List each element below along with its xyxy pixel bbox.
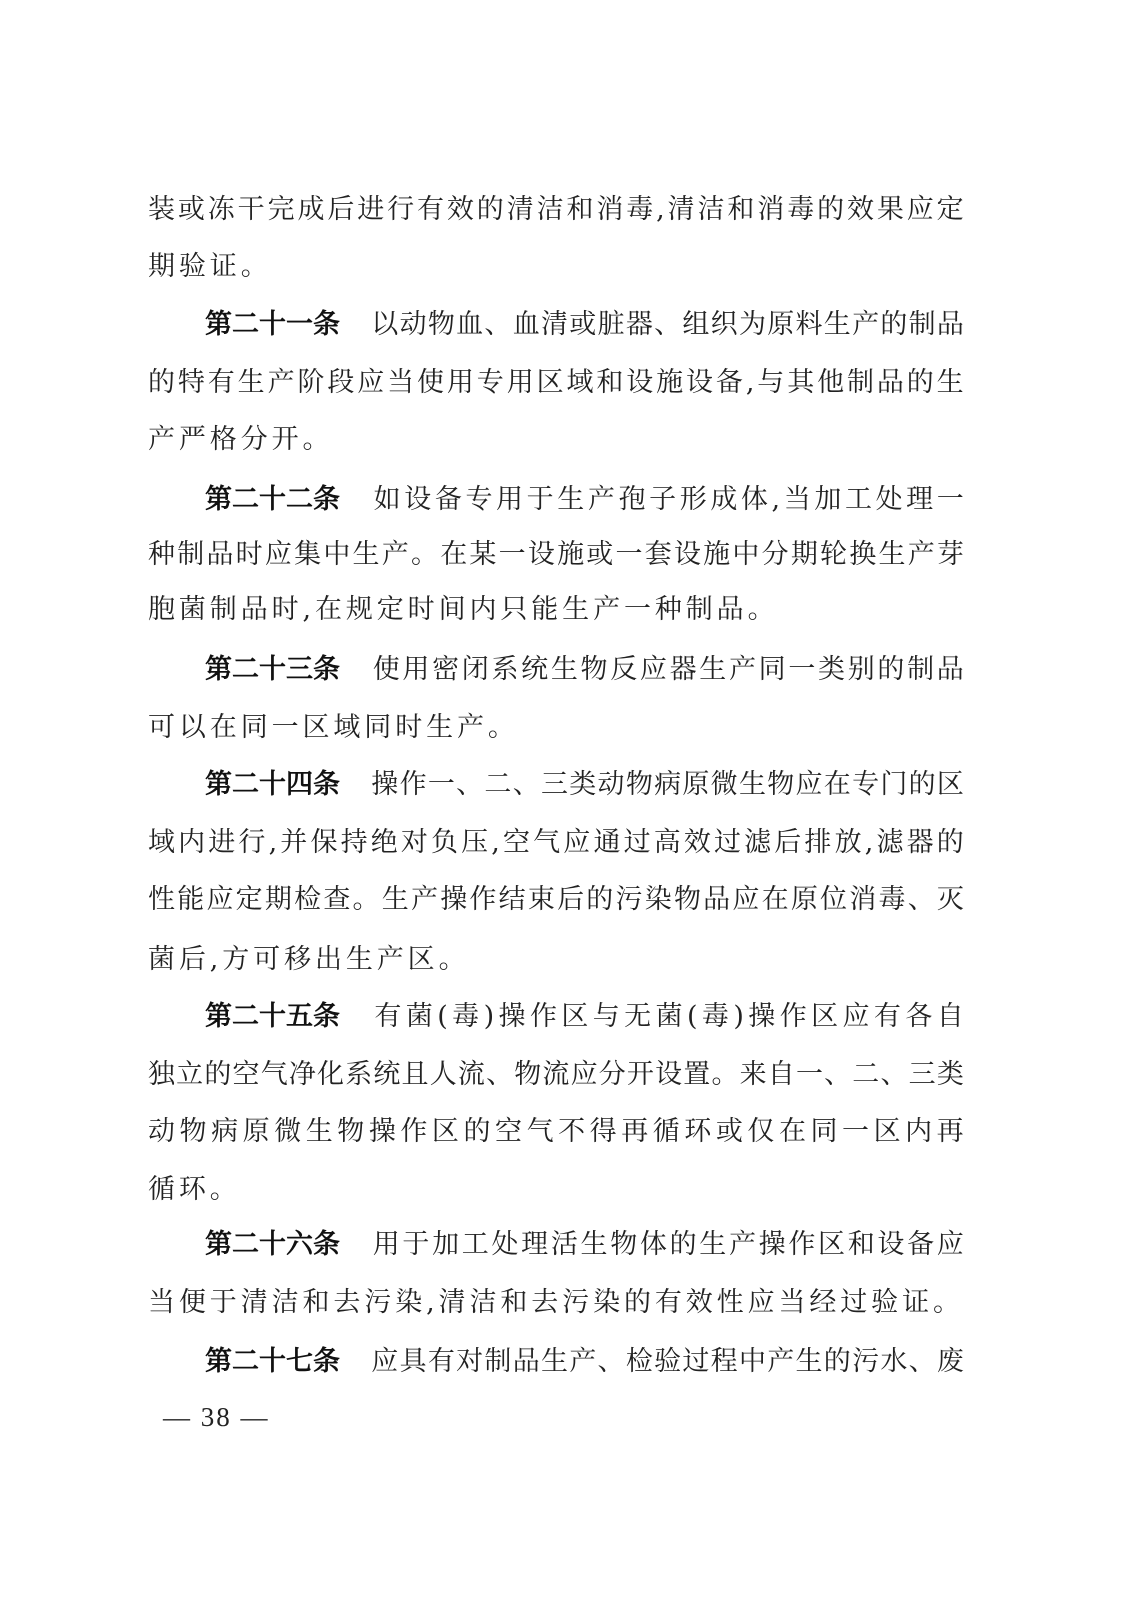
- glyph: 毒: [626, 190, 653, 230]
- glyph: 的: [463, 1112, 490, 1152]
- glyph: 设: [877, 1225, 904, 1265]
- glyph: 内: [178, 823, 205, 863]
- glyph: 域: [566, 363, 593, 403]
- glyph: ,: [491, 823, 500, 863]
- line-text: 产严格分开。: [148, 420, 333, 460]
- glyph: 能: [177, 880, 204, 920]
- glyph: 和: [566, 190, 593, 230]
- glyph: 气: [527, 1112, 554, 1152]
- line-text: 当便于清洁和去污染,清洁和去污染的有效性应当经过验证。: [148, 1283, 964, 1323]
- glyph: 自: [937, 997, 964, 1037]
- glyph: 换: [849, 535, 876, 575]
- glyph: 生: [739, 765, 766, 805]
- glyph: 和: [848, 1225, 875, 1265]
- glyph: 过: [714, 823, 741, 863]
- glyph: ,: [269, 823, 278, 863]
- glyph: 专: [477, 363, 504, 403]
- glyph: 为: [739, 305, 766, 345]
- glyph: 施: [557, 535, 584, 575]
- article-line: 第二十一条以动物血、血清或脏器、组织为原料生产的制品: [205, 305, 964, 345]
- glyph: 脏: [598, 305, 625, 345]
- glyph: 。: [711, 1055, 738, 1095]
- glyph: 于: [402, 1225, 429, 1265]
- glyph: 芽: [937, 535, 964, 575]
- glyph: 设: [674, 535, 701, 575]
- article-line: 第二十四条操作一、二、三类动物病原微生物应在专门的区: [205, 765, 964, 805]
- glyph: 放: [835, 823, 862, 863]
- glyph: 与: [757, 363, 784, 403]
- glyph: 分: [762, 535, 789, 575]
- text-line: 菌后,方可移出生产区。: [148, 940, 964, 980]
- glyph: ,: [656, 190, 665, 230]
- glyph: 工: [845, 480, 872, 520]
- glyph: 作: [780, 997, 807, 1037]
- glyph: 效: [684, 823, 711, 863]
- glyph: 类: [818, 650, 845, 690]
- glyph: 统: [521, 650, 548, 690]
- glyph: 产: [588, 480, 615, 520]
- glyph: 生: [824, 305, 851, 345]
- text-line: 当便于清洁和去污染,清洁和去污染的有效性应当经过验证。: [148, 1283, 964, 1323]
- glyph: 以: [371, 305, 398, 345]
- glyph: 、: [486, 1055, 513, 1095]
- glyph: 或: [716, 1112, 743, 1152]
- glyph: 生: [937, 363, 964, 403]
- glyph: 或: [586, 535, 613, 575]
- glyph: 形: [680, 480, 707, 520]
- glyph: 区: [432, 1112, 459, 1152]
- glyph: 应: [796, 765, 823, 805]
- glyph: 门: [880, 765, 907, 805]
- glyph: 的: [817, 190, 844, 230]
- glyph: 压: [461, 823, 488, 863]
- glyph: 区: [561, 997, 588, 1037]
- document-page: 装或冻干完成后进行有效的清洁和消毒,清洁和消毒的效果应定期验证。第二十一条以动物…: [0, 0, 1131, 1600]
- glyph: 后: [557, 880, 584, 920]
- glyph: 行: [387, 190, 414, 230]
- glyph: 设: [528, 535, 555, 575]
- glyph: 品: [937, 305, 964, 345]
- glyph: 消: [757, 190, 784, 230]
- glyph: 套: [645, 535, 672, 575]
- glyph: 产: [268, 363, 295, 403]
- glyph: 过: [682, 1342, 709, 1382]
- glyph: 制: [847, 363, 874, 403]
- glyph: 体: [640, 1225, 667, 1265]
- glyph: 滤: [876, 823, 903, 863]
- glyph: 原: [682, 765, 709, 805]
- article-number: 第二十七条: [205, 1342, 340, 1382]
- glyph: 程: [711, 1342, 738, 1382]
- glyph: 物: [767, 765, 794, 805]
- glyph: 后: [327, 190, 354, 230]
- glyph: 进: [357, 190, 384, 230]
- glyph: 无: [624, 997, 651, 1037]
- glyph: 备: [435, 480, 462, 520]
- text-line: 产严格分开。: [148, 420, 964, 460]
- glyph: 应: [206, 880, 233, 920]
- glyph: 一: [788, 650, 815, 690]
- text-line: 装或冻干完成后进行有效的清洁和消毒,清洁和消毒的效果应定: [148, 190, 964, 230]
- glyph: 空: [503, 823, 530, 863]
- glyph: 的: [670, 1225, 697, 1265]
- glyph: 分: [599, 1055, 626, 1095]
- glyph: 环: [684, 1112, 711, 1152]
- glyph: 高: [654, 823, 681, 863]
- line-text: 循环。: [148, 1170, 241, 1210]
- glyph: 制: [177, 535, 204, 575]
- glyph: 别: [848, 650, 875, 690]
- glyph: 产: [767, 1342, 794, 1382]
- article-number: 第二十一条: [205, 305, 340, 345]
- glyph: 作: [530, 997, 557, 1037]
- glyph: 。: [411, 535, 438, 575]
- glyph: 、: [598, 1342, 625, 1382]
- glyph: 废: [937, 1342, 964, 1382]
- glyph: 得: [590, 1112, 617, 1152]
- glyph: 污: [616, 880, 643, 920]
- glyph: 子: [649, 480, 676, 520]
- glyph: 、: [456, 765, 483, 805]
- glyph: 成: [297, 190, 324, 230]
- glyph: ): [733, 997, 744, 1037]
- glyph: 空: [233, 1055, 260, 1095]
- glyph: 轮: [820, 535, 847, 575]
- glyph: 闭: [462, 650, 489, 690]
- glyph: 专: [852, 765, 879, 805]
- glyph: 、: [909, 1342, 936, 1382]
- glyph: 原: [243, 1112, 270, 1152]
- glyph: ,: [746, 363, 755, 403]
- glyph: 应: [907, 190, 934, 230]
- glyph: 应: [571, 1055, 598, 1095]
- glyph: 一: [616, 535, 643, 575]
- glyph: 仅: [747, 1112, 774, 1152]
- glyph: 应: [371, 1342, 398, 1382]
- glyph: 有: [417, 190, 444, 230]
- glyph: 在: [779, 1112, 806, 1152]
- glyph: 动: [400, 305, 427, 345]
- glyph: 设: [686, 363, 713, 403]
- glyph: 反: [610, 650, 637, 690]
- glyph: 的: [824, 1342, 851, 1382]
- article-line: 第二十六条用于加工处理活生物体的生产操作区和设备应: [205, 1225, 964, 1265]
- text-line: 域内进行,并保持绝对负压,空气应通过高效过滤后排放,滤器的: [148, 823, 964, 863]
- glyph: 清: [668, 190, 695, 230]
- glyph: 使: [417, 363, 444, 403]
- glyph: 生: [551, 650, 578, 690]
- glyph: 产: [569, 1342, 596, 1382]
- article-line: 第二十二条如设备专用于生产孢子形成体,当加工处理一: [205, 480, 964, 520]
- glyph: 专: [465, 480, 492, 520]
- article-line: 第二十三条使用密闭系统生物反应器生产同一类别的制品: [205, 650, 964, 690]
- glyph: 系: [345, 1055, 372, 1095]
- glyph: 有: [208, 363, 235, 403]
- glyph: 产: [411, 880, 438, 920]
- glyph: 操: [759, 1225, 786, 1265]
- glyph: 洁: [537, 190, 564, 230]
- glyph: 人: [430, 1055, 457, 1095]
- glyph: 对: [456, 1342, 483, 1382]
- glyph: 净: [289, 1055, 316, 1095]
- glyph: 二: [484, 765, 511, 805]
- glyph: 有: [374, 997, 401, 1037]
- glyph: 产: [908, 535, 935, 575]
- glyph: 查: [323, 880, 350, 920]
- glyph: 设: [404, 480, 431, 520]
- glyph: 器: [907, 823, 934, 863]
- glyph: 某: [469, 535, 496, 575]
- glyph: 用: [496, 480, 523, 520]
- glyph: 设: [655, 1055, 682, 1095]
- glyph: 处: [491, 1225, 518, 1265]
- glyph: 同: [810, 1112, 837, 1152]
- glyph: 滤: [744, 823, 771, 863]
- glyph: 完: [268, 190, 295, 230]
- glyph: 区: [937, 765, 964, 805]
- glyph: 动: [148, 1112, 175, 1152]
- glyph: 理: [906, 480, 933, 520]
- text-line: 期验证。: [148, 247, 964, 287]
- glyph: 处: [876, 480, 903, 520]
- glyph: 作: [788, 1225, 815, 1265]
- text-line: 独立的空气净化系统且人流、物流应分开设置。来自一、二、三类: [148, 1055, 964, 1095]
- glyph: 品: [513, 1342, 540, 1382]
- glyph: 各: [905, 997, 932, 1037]
- glyph: 定: [937, 190, 964, 230]
- glyph: (: [437, 997, 448, 1037]
- glyph: 气: [533, 823, 560, 863]
- glyph: 品: [206, 535, 233, 575]
- glyph: 操: [499, 997, 526, 1037]
- glyph: 用: [447, 363, 474, 403]
- glyph: 排: [804, 823, 831, 863]
- glyph: 作: [400, 1112, 427, 1152]
- glyph: 料: [796, 305, 823, 345]
- glyph: 于: [527, 480, 554, 520]
- glyph: 在: [762, 880, 789, 920]
- glyph: 物: [581, 650, 608, 690]
- glyph: 同: [759, 650, 786, 690]
- glyph: 活: [551, 1225, 578, 1265]
- glyph: 立: [176, 1055, 203, 1095]
- line-text: 菌后,方可移出生产区。: [148, 940, 469, 980]
- text-line: 循环。: [148, 1170, 964, 1210]
- glyph: 生: [796, 1342, 823, 1382]
- glyph: 应: [357, 363, 384, 403]
- glyph: 负: [431, 823, 458, 863]
- glyph: 微: [711, 765, 738, 805]
- glyph: 气: [261, 1055, 288, 1095]
- glyph: 备: [907, 1225, 934, 1265]
- glyph: 、: [880, 1055, 907, 1095]
- glyph: 域: [148, 823, 175, 863]
- glyph: 灭: [937, 880, 964, 920]
- glyph: 验: [654, 1342, 681, 1382]
- glyph: 生: [382, 880, 409, 920]
- glyph: 血: [513, 305, 540, 345]
- glyph: 品: [937, 650, 964, 690]
- article-number: 第二十四条: [205, 765, 340, 805]
- glyph: 一: [937, 480, 964, 520]
- article-number: 第二十六条: [205, 1225, 340, 1265]
- article-number: 第二十二条: [205, 480, 340, 520]
- glyph: 制: [484, 1342, 511, 1382]
- glyph: 效: [447, 190, 474, 230]
- glyph: 孢: [618, 480, 645, 520]
- glyph: 成: [710, 480, 737, 520]
- glyph: 持: [341, 823, 368, 863]
- glyph: 三: [541, 765, 568, 805]
- glyph: 生: [699, 1225, 726, 1265]
- glyph: 行: [238, 823, 265, 863]
- glyph: 洁: [698, 190, 725, 230]
- glyph: 种: [148, 535, 175, 575]
- glyph: 原: [767, 305, 794, 345]
- glyph: 段: [327, 363, 354, 403]
- text-line: 胞菌制品时,在规定时间内只能生产一种制品。: [148, 590, 964, 630]
- glyph: 位: [820, 880, 847, 920]
- glyph: 毒: [452, 997, 479, 1037]
- glyph: 施: [703, 535, 730, 575]
- glyph: 物: [428, 305, 455, 345]
- glyph: 理: [521, 1225, 548, 1265]
- glyph: 装: [148, 190, 175, 230]
- glyph: 化: [317, 1055, 344, 1095]
- text-line: 动物病原微生物操作区的空气不得再循环或仅在同一区内再: [148, 1112, 964, 1152]
- glyph: 品: [703, 880, 730, 920]
- glyph: 的: [907, 363, 934, 403]
- glyph: 、: [824, 1055, 851, 1095]
- glyph: 水: [880, 1342, 907, 1382]
- glyph: 染: [645, 880, 672, 920]
- glyph: 的: [880, 305, 907, 345]
- glyph: 菌: [656, 997, 683, 1037]
- glyph: 检: [294, 880, 321, 920]
- article-line: 第二十五条有菌(毒)操作区与无菌(毒)操作区应有各自: [205, 997, 964, 1037]
- glyph: 流: [458, 1055, 485, 1095]
- glyph: 流: [542, 1055, 569, 1095]
- glyph: 当: [784, 480, 811, 520]
- glyph: 二: [852, 1055, 879, 1095]
- glyph: 进: [208, 823, 235, 863]
- glyph: 病: [654, 765, 681, 805]
- article-number: 第二十三条: [205, 650, 340, 690]
- text-line: 的特有生产阶段应当使用专用区域和设施设备,与其他制品的生: [148, 363, 964, 403]
- glyph: 消: [849, 880, 876, 920]
- glyph: 加: [432, 1225, 459, 1265]
- glyph: 区: [874, 1112, 901, 1152]
- glyph: 具: [400, 1342, 427, 1382]
- article-line: 第二十七条应具有对制品生产、检验过程中产生的污水、废: [205, 1342, 964, 1382]
- line-text: 可以在同一区域同时生产。: [148, 708, 519, 748]
- glyph: 组: [682, 305, 709, 345]
- glyph: 当: [387, 363, 414, 403]
- glyph: 再: [937, 1112, 964, 1152]
- glyph: 清: [541, 305, 568, 345]
- glyph: 微: [274, 1112, 301, 1152]
- glyph: 一: [428, 765, 455, 805]
- glyph: 保: [310, 823, 337, 863]
- glyph: 产: [729, 650, 756, 690]
- glyph: 过: [624, 823, 651, 863]
- glyph: 毒: [878, 880, 905, 920]
- glyph: 绝: [371, 823, 398, 863]
- text-line: 种制品时应集中生产。在某一设施或一套设施中分期轮换生产芽: [148, 535, 964, 575]
- glyph: 区: [811, 997, 838, 1037]
- glyph: 果: [877, 190, 904, 230]
- glyph: 使: [373, 650, 400, 690]
- glyph: 生: [581, 1225, 608, 1265]
- glyph: 物: [514, 1055, 541, 1095]
- glyph: 和: [596, 363, 623, 403]
- glyph: 效: [847, 190, 874, 230]
- glyph: 操: [369, 1112, 396, 1152]
- glyph: 束: [528, 880, 555, 920]
- glyph: 施: [656, 363, 683, 403]
- glyph: 消: [596, 190, 623, 230]
- glyph: 体: [741, 480, 768, 520]
- glyph: 在: [824, 765, 851, 805]
- page-number: — 38 —: [163, 1402, 270, 1433]
- text-line: 性能应定期检查。生产操作结束后的污染物品应在原位消毒、灭: [148, 880, 964, 920]
- glyph: 干: [238, 190, 265, 230]
- glyph: 的: [909, 765, 936, 805]
- glyph: 用: [373, 1225, 400, 1265]
- glyph: 应: [843, 997, 870, 1037]
- glyph: 有: [428, 1342, 455, 1382]
- glyph: 再: [621, 1112, 648, 1152]
- glyph: 时: [236, 535, 263, 575]
- glyph: 集: [294, 535, 321, 575]
- glyph: 操: [440, 880, 467, 920]
- glyph: 三: [909, 1055, 936, 1095]
- glyph: 如: [374, 480, 401, 520]
- line-text: 胞菌制品时,在规定时间内只能生产一种制品。: [148, 590, 778, 630]
- glyph: 毒: [787, 190, 814, 230]
- glyph: 期: [265, 880, 292, 920]
- glyph: 物: [180, 1112, 207, 1152]
- glyph: 原: [791, 880, 818, 920]
- glyph: 对: [401, 823, 428, 863]
- glyph: 的: [148, 363, 175, 403]
- glyph: 其: [787, 363, 814, 403]
- glyph: 中: [739, 1342, 766, 1382]
- glyph: 区: [818, 1225, 845, 1265]
- glyph: 物: [337, 1112, 364, 1152]
- glyph: 冻: [208, 190, 235, 230]
- glyph: 类: [937, 1055, 964, 1095]
- glyph: 、: [484, 305, 511, 345]
- glyph: 。: [353, 880, 380, 920]
- glyph: 物: [610, 1225, 637, 1265]
- glyph: 的: [937, 823, 964, 863]
- glyph: 阶: [297, 363, 324, 403]
- glyph: 独: [148, 1055, 175, 1095]
- glyph: 和: [727, 190, 754, 230]
- glyph: 应: [640, 650, 667, 690]
- glyph: 作: [400, 765, 427, 805]
- glyph: 用: [507, 363, 534, 403]
- glyph: ): [484, 997, 495, 1037]
- glyph: 或: [178, 190, 205, 230]
- glyph: 动: [598, 765, 625, 805]
- line-text: 期验证。: [148, 247, 272, 287]
- glyph: 物: [674, 880, 701, 920]
- glyph: 污: [852, 1342, 879, 1382]
- glyph: 类: [569, 765, 596, 805]
- glyph: 一: [796, 1055, 823, 1095]
